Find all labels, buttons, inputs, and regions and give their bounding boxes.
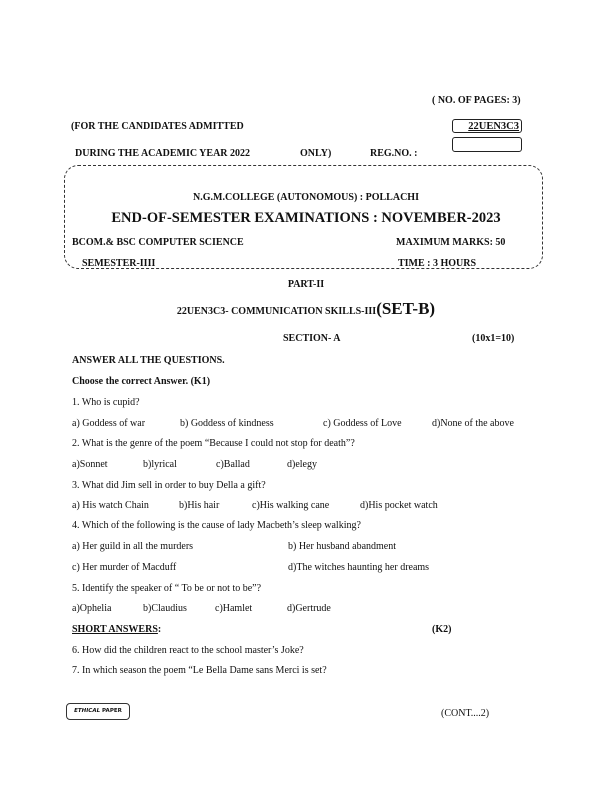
only-label: ONLY)	[300, 148, 331, 159]
q2-option-a: a)Sonnet	[72, 459, 108, 470]
question-2: 2. What is the genre of the poem “Becaus…	[72, 438, 355, 449]
reg-no-label: REG.NO. :	[370, 148, 418, 159]
q3-option-c: c)His walking cane	[252, 500, 329, 511]
q2-option-d: d)elegy	[287, 459, 317, 470]
q4-option-d: d)The witches haunting her dreams	[288, 562, 429, 573]
instruction-answer-all: ANSWER ALL THE QUESTIONS.	[72, 355, 225, 366]
ethical-paper-badge: ETHICAL PAPER	[66, 703, 130, 720]
question-6: 6. How did the children react to the sch…	[72, 645, 304, 656]
college-name: N.G.M.COLLEGE (AUTONOMOUS) : POLLACHI	[0, 192, 612, 203]
q4-option-b: b) Her husband abandment	[288, 541, 396, 552]
section-marks: (10x1=10)	[472, 333, 514, 344]
q3-option-a: a) His watch Chain	[72, 500, 149, 511]
part-label: PART-II	[0, 279, 612, 290]
no-of-pages: ( NO. OF PAGES: 3)	[432, 95, 521, 106]
q1-option-b: b) Goddess of kindness	[180, 418, 274, 429]
short-answers-heading: SHORT ANSWERS:	[72, 624, 161, 635]
short-answers-title: SHORT ANSWERS	[72, 624, 158, 635]
max-marks: MAXIMUM MARKS: 50	[396, 237, 505, 248]
set-label: (SET-B)	[376, 299, 435, 318]
short-answers-colon: :	[158, 624, 161, 635]
course-code-box: 22UEN3C3	[452, 119, 522, 133]
q1-option-d: d)None of the above	[432, 418, 514, 429]
question-1: 1. Who is cupid?	[72, 397, 140, 408]
reg-no-field[interactable]	[452, 137, 522, 152]
semester: SEMESTER-IIII	[82, 258, 155, 269]
candidates-admitted-line1: (FOR THE CANDIDATES ADMITTED	[71, 121, 244, 132]
q4-option-c: c) Her murder of Macduff	[72, 562, 176, 573]
question-4: 4. Which of the following is the cause o…	[72, 520, 361, 531]
q5-option-c: c)Hamlet	[215, 603, 252, 614]
course-title: 22UEN3C3- COMMUNICATION SKILLS-III(SET-B…	[0, 299, 612, 319]
paper-word: PAPER	[102, 708, 122, 714]
candidates-admitted-line2: DURING THE ACADEMIC YEAR 2022	[75, 148, 250, 159]
q2-option-b: b)lyrical	[143, 459, 177, 470]
q5-option-b: b)Claudius	[143, 603, 187, 614]
course-name: 22UEN3C3- COMMUNICATION SKILLS-III	[177, 306, 376, 317]
exam-title: END-OF-SEMESTER EXAMINATIONS : NOVEMBER-…	[0, 210, 612, 227]
question-7: 7. In which season the poem “Le Bella Da…	[72, 665, 327, 676]
exam-time: TIME : 3 HOURS	[398, 258, 476, 269]
q2-option-c: c)Ballad	[216, 459, 250, 470]
section-label: SECTION- A	[283, 333, 341, 344]
continued-marker: (CONT....2)	[441, 708, 489, 719]
instruction-choose: Choose the correct Answer. (K1)	[72, 376, 210, 387]
q1-option-a: a) Goddess of war	[72, 418, 145, 429]
question-3: 3. What did Jim sell in order to buy Del…	[72, 480, 266, 491]
q4-option-a: a) Her guild in all the murders	[72, 541, 193, 552]
q5-option-a: a)Ophelia	[72, 603, 111, 614]
short-answers-level: (K2)	[432, 624, 451, 635]
q1-option-c: c) Goddess of Love	[323, 418, 402, 429]
q3-option-b: b)His hair	[179, 500, 219, 511]
programme: BCOM.& BSC COMPUTER SCIENCE	[72, 237, 244, 248]
question-5: 5. Identify the speaker of “ To be or no…	[72, 583, 261, 594]
q3-option-d: d)His pocket watch	[360, 500, 438, 511]
ethical-word: ETHICAL	[74, 708, 100, 714]
q5-option-d: d)Gertrude	[287, 603, 331, 614]
